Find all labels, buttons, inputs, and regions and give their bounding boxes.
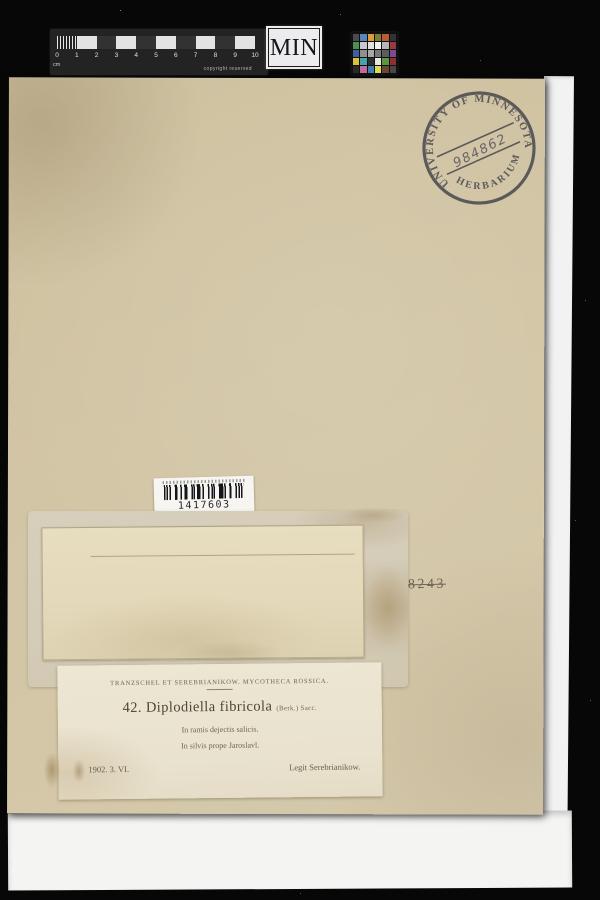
color-checker-cell — [353, 58, 359, 65]
color-checker-cell — [375, 42, 381, 49]
color-checker-cell — [382, 42, 388, 49]
color-checker-cell — [390, 58, 396, 65]
dust-specks — [0, 0, 1, 1]
ruler-unit-label: cm — [53, 62, 60, 68]
color-checker-grid — [353, 34, 396, 73]
ruler-tick: 6 — [174, 52, 178, 59]
label-collector: Legit Serebrianikow. — [289, 762, 360, 773]
ruler-tick: 2 — [95, 52, 99, 59]
specimen-packet-envelope — [41, 525, 364, 661]
color-checker-cell — [368, 34, 374, 41]
label-taxon-name: 42. Diplodiella fibricola — [122, 698, 272, 716]
label-series-rule — [207, 689, 233, 690]
institution-code-tag: MIN — [266, 26, 322, 69]
ruler-cm-blocks — [57, 36, 255, 49]
ruler-tick: 4 — [134, 52, 138, 59]
color-checker-cell — [368, 42, 374, 49]
color-checker-cell — [360, 34, 366, 41]
label-locality: In silvis prope Jaroslavl. — [58, 739, 382, 751]
ruler-tick: 8 — [214, 52, 218, 59]
color-checker-cell — [390, 50, 396, 57]
color-checker-cell — [360, 58, 366, 65]
color-checker-cell — [360, 66, 366, 73]
color-checker-cell — [368, 66, 374, 73]
color-checker-cell — [375, 58, 381, 65]
ruler-copyright-text: copyright reserved — [204, 66, 252, 72]
color-checker-cell — [382, 66, 388, 73]
label-taxon-authority: (Berk.) Sacc. — [276, 704, 317, 712]
color-checker-cell — [375, 34, 381, 41]
institution-code-text: MIN — [270, 36, 318, 60]
color-checker-cell — [368, 50, 374, 57]
color-checker-cell — [390, 42, 396, 49]
color-checker-cell — [360, 42, 366, 49]
backing-sheet-bottom-edge — [8, 811, 572, 891]
ruler-tick: 7 — [194, 52, 198, 59]
barcode-bars — [164, 483, 244, 500]
color-checker-cell — [368, 58, 374, 65]
ruler-tick: 0 — [55, 52, 59, 59]
barcode-number: 1417603 — [178, 499, 231, 511]
accession-number-struck: 8243 — [408, 577, 446, 594]
label-substrate: In ramis dejectis salicis. — [58, 723, 382, 735]
color-checker-cell — [353, 34, 359, 41]
color-checker-cell — [390, 34, 396, 41]
color-checker-cell — [360, 50, 366, 57]
color-calibration-target — [351, 32, 398, 75]
label-series-title: TRANZSCHEL ET SEREBRIANIKOW. MYCOTHECA R… — [57, 677, 381, 687]
barcode-label: 1417603 — [154, 476, 255, 516]
color-checker-cell — [382, 58, 388, 65]
label-date: 1902. 3. VI. — [88, 764, 129, 774]
ruler-mm-hatch — [57, 36, 77, 49]
ruler-tick: 3 — [115, 52, 119, 59]
color-checker-cell — [353, 50, 359, 57]
specimen-label: TRANZSCHEL ET SEREBRIANIKOW. MYCOTHECA R… — [57, 662, 382, 799]
digitized-herbarium-photo: { "institution_code": "MIN", "scale_bar"… — [0, 0, 600, 900]
color-checker-cell — [353, 42, 359, 49]
color-checker-cell — [353, 66, 359, 73]
color-checker-cell — [382, 34, 388, 41]
scale-bar-ruler: 0 1 2 3 4 5 6 7 8 9 10 cm copyright rese… — [50, 29, 268, 75]
ruler-tick: 10 — [251, 52, 258, 59]
color-checker-cell — [375, 50, 381, 57]
envelope-fold-line — [91, 554, 355, 557]
ruler-tick: 5 — [154, 52, 158, 59]
color-checker-cell — [390, 66, 396, 73]
ruler-tick: 9 — [233, 52, 237, 59]
ruler-tick: 1 — [75, 52, 79, 59]
color-checker-cell — [375, 66, 381, 73]
color-checker-cell — [382, 50, 388, 57]
